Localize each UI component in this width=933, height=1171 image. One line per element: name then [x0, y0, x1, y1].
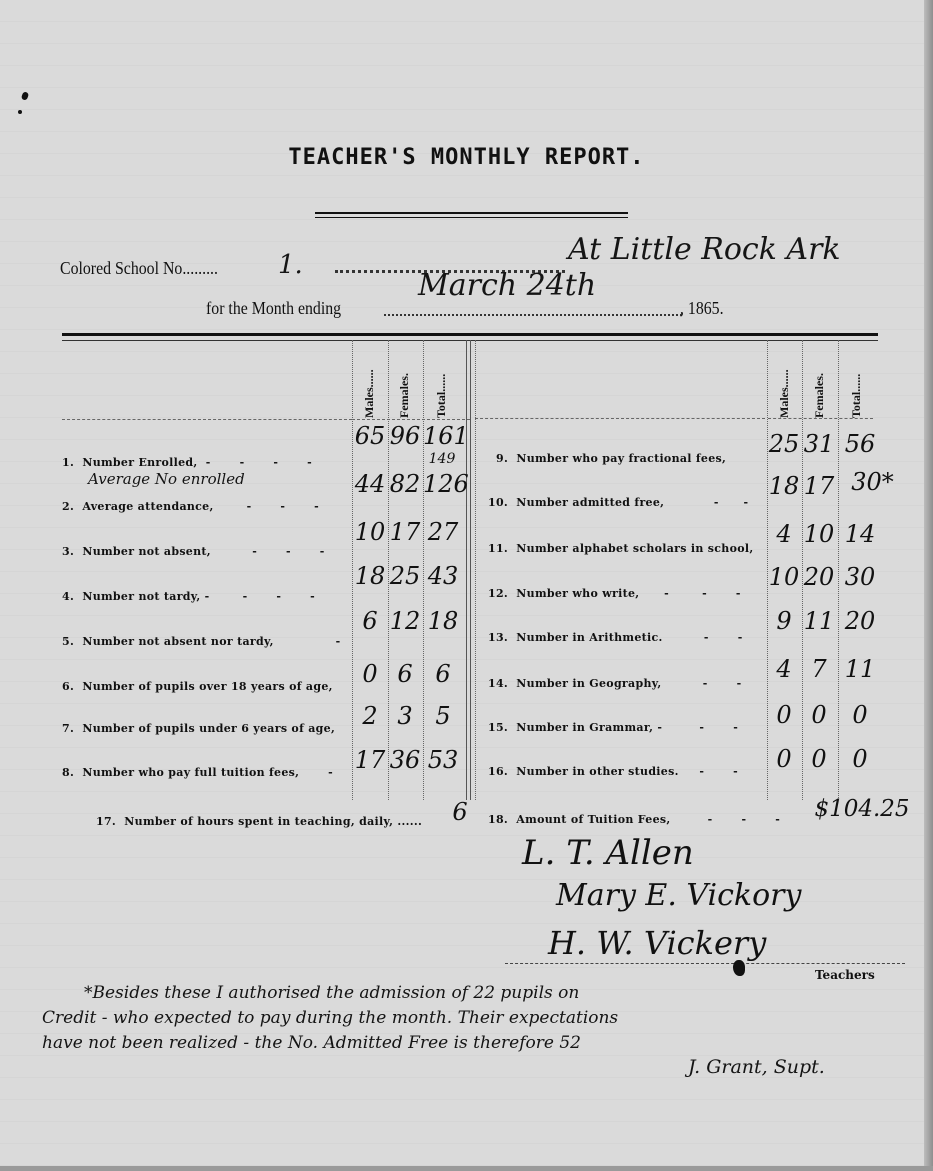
- cell-males: 10: [350, 518, 390, 546]
- row-label: 6. Number of pupils over 18 years of age…: [62, 680, 333, 693]
- school-location: At Little Rock Ark: [568, 232, 841, 267]
- cell-males: 6: [350, 607, 390, 635]
- cell-males: 4: [764, 520, 804, 548]
- teachers-label: Teachers: [815, 968, 875, 982]
- row-label: 14. Number in Geography, - -: [488, 677, 741, 690]
- page-edge-bottom: [0, 1166, 933, 1171]
- cell-total: 11: [840, 655, 880, 683]
- header-rule-right: [475, 418, 765, 419]
- ink-blot: [733, 960, 745, 976]
- hours-label: 17. Number of hours spent in teaching, d…: [96, 815, 422, 828]
- col-header-males: Males......: [362, 338, 378, 418]
- cell-total: 5: [423, 702, 463, 730]
- cell-males: 0: [350, 660, 390, 688]
- signature-mary-vickory: Mary E. Vickory: [556, 878, 801, 913]
- row-label: 3. Number not absent, - - -: [62, 545, 325, 558]
- col-header-males: Males......: [777, 338, 793, 418]
- row-label: 13. Number in Arithmetic. - -: [488, 631, 743, 644]
- header-rule-cols-right: [768, 418, 873, 419]
- footnote-line: *Besides these I authorised the admissio…: [84, 983, 579, 1003]
- cell-total: 161: [423, 422, 463, 450]
- row-label: 1. Number Enrolled, - - - -: [62, 456, 312, 469]
- col-header-females: Females.: [812, 338, 828, 418]
- title-divider: [315, 212, 628, 218]
- row-label: 16. Number in other studies. - -: [488, 765, 738, 778]
- hours-value: 6: [440, 798, 480, 826]
- cell-males: 2: [350, 702, 390, 730]
- handwritten-annotation: Average No enrolled: [88, 470, 245, 488]
- row-label: 11. Number alphabet scholars in school,: [488, 542, 753, 555]
- footnote-line: Credit - who expected to pay during the …: [42, 1008, 618, 1028]
- cell-total: 14: [840, 520, 880, 548]
- cell-total: 20: [840, 607, 880, 635]
- ink-mark: [18, 110, 22, 114]
- col-divider: [470, 340, 471, 800]
- signature-allen: L. T. Allen: [522, 833, 694, 873]
- cell-females: 3: [385, 702, 425, 730]
- cell-females: 11: [799, 607, 839, 635]
- cell-total: 126: [423, 470, 463, 498]
- cell-males: 18: [350, 562, 390, 590]
- cell-total: 30: [840, 563, 880, 591]
- cell-females: 0: [799, 701, 839, 729]
- signature-h-vickery: H. W. Vickery: [548, 924, 766, 962]
- cell-total: 30*: [845, 468, 900, 496]
- page-edge: [924, 0, 933, 1171]
- cell-males: 17: [350, 746, 390, 774]
- cell-females: 20: [799, 563, 839, 591]
- col-header-females: Females.: [397, 338, 413, 418]
- cell-females: 17: [799, 472, 839, 500]
- row-label: 9. Number who pay fractional fees,: [496, 452, 726, 465]
- cell-total: 18: [423, 607, 463, 635]
- school-number-value: 1.: [278, 250, 303, 280]
- cell-total: 0: [840, 701, 880, 729]
- footnote-line: have not been realized - the No. Admitte…: [42, 1033, 581, 1053]
- cell-total: 0: [840, 745, 880, 773]
- cell-total: 43: [423, 562, 463, 590]
- cell-males: 65: [350, 422, 390, 450]
- cell-total: 53: [423, 746, 463, 774]
- cell-females: 17: [385, 518, 425, 546]
- superintendent-signature: J. Grant, Supt.: [688, 1056, 825, 1078]
- cell-females: 6: [385, 660, 425, 688]
- cell-total: 27: [423, 518, 463, 546]
- cell-females: 10: [799, 520, 839, 548]
- tuition-label: 18. Amount of Tuition Fees, - - -: [488, 813, 780, 826]
- col-divider: [475, 340, 476, 800]
- cell-males: 4: [764, 655, 804, 683]
- tuition-value: $104.25: [812, 796, 912, 822]
- year-label: , 1865.: [680, 298, 724, 319]
- page-title: TEACHER'S MONTHLY REPORT.: [0, 145, 933, 170]
- cell-total: 56: [840, 430, 880, 458]
- cell-females: 96: [385, 422, 425, 450]
- month-dots: [384, 314, 682, 316]
- col-header-total: Total......: [849, 338, 865, 418]
- cell-females: 82: [385, 470, 425, 498]
- row-label: 10. Number admitted free, - -: [488, 496, 748, 509]
- row-label: 7. Number of pupils under 6 years of age…: [62, 722, 335, 735]
- cell-males: 9: [764, 607, 804, 635]
- cell-total: 6: [423, 660, 463, 688]
- cell-males: 0: [764, 745, 804, 773]
- month-label: for the Month ending: [206, 298, 341, 319]
- row-label: 15. Number in Grammar, - - -: [488, 721, 738, 734]
- col-header-total: Total......: [434, 338, 450, 418]
- row-label: 8. Number who pay full tuition fees, -: [62, 766, 333, 779]
- month-value: March 24th: [418, 268, 596, 303]
- cell-females: 25: [385, 562, 425, 590]
- row-label: 4. Number not tardy, - - - -: [62, 590, 315, 603]
- cell-males: 18: [764, 472, 804, 500]
- cell-females: 0: [799, 745, 839, 773]
- cell-males: 10: [764, 563, 804, 591]
- header-rule-left: [62, 419, 352, 420]
- row-label: 2. Average attendance, - - -: [62, 500, 319, 513]
- cell-females: 31: [799, 430, 839, 458]
- signature-line: [505, 963, 905, 964]
- row-label: 5. Number not absent nor tardy, -: [62, 635, 341, 648]
- school-number-label: Colored School No.........: [60, 258, 218, 279]
- cell-males: 44: [350, 470, 390, 498]
- cell-males: 25: [764, 430, 804, 458]
- cell-males: 0: [764, 701, 804, 729]
- header-rule-cols-left: [352, 419, 470, 420]
- cell-females: 36: [385, 746, 425, 774]
- cell-females: 12: [385, 607, 425, 635]
- cell-females: 7: [799, 655, 839, 683]
- col-divider: [466, 340, 467, 800]
- row-label: 12. Number who write, - - -: [488, 587, 741, 600]
- cell-total-correction: 149: [422, 451, 462, 467]
